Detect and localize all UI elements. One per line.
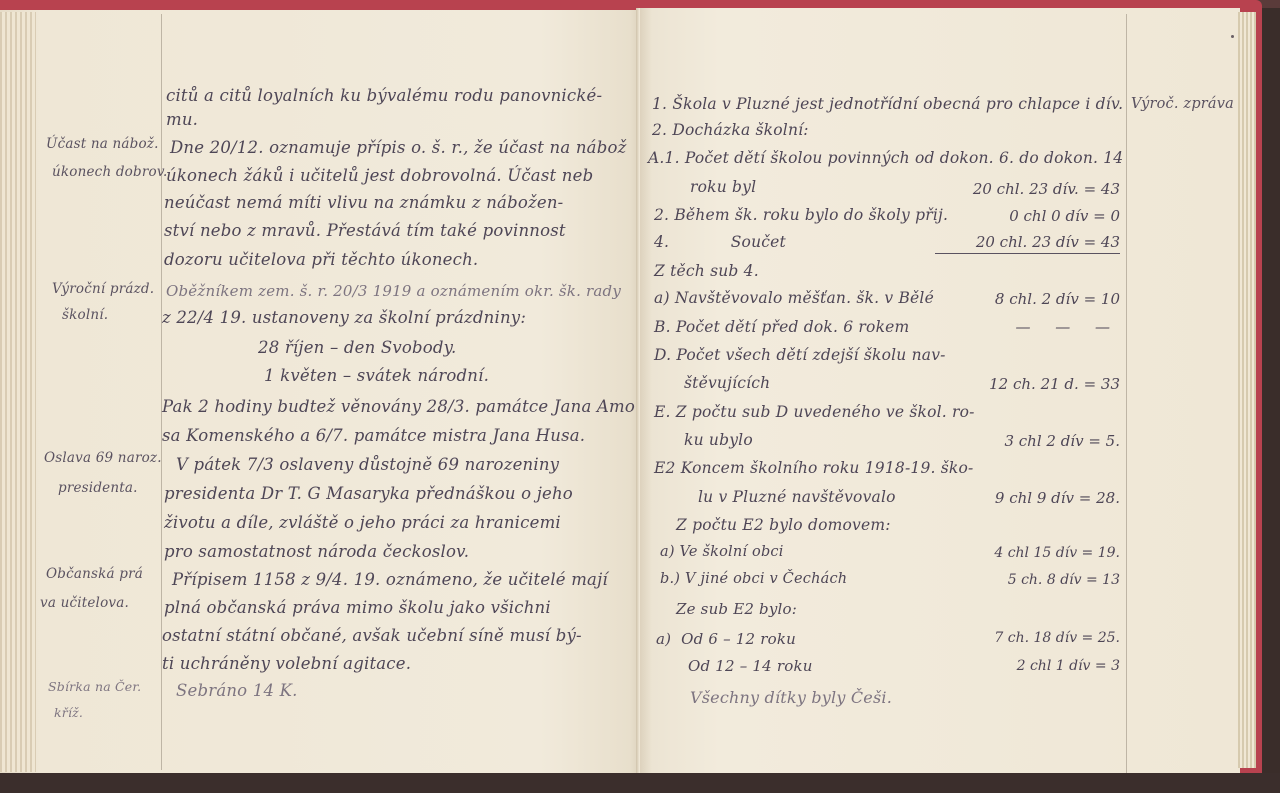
report-row-text: 2. Docházka školní: bbox=[652, 121, 809, 139]
report-row-text: roku byl bbox=[690, 178, 756, 196]
report-row-value: 7 ch. 18 dív = 25. bbox=[994, 630, 1120, 646]
text-line: dozoru učitelova při těchto úkonech. bbox=[164, 250, 478, 269]
sum-underline bbox=[935, 253, 1120, 254]
text-line: Dne 20/12. oznamuje přípis o. š. r., že … bbox=[170, 138, 627, 157]
left-page-edges bbox=[0, 12, 36, 772]
text-line: mu. bbox=[166, 110, 198, 129]
text-line: presidenta Dr T. G Masaryka přednáškou o… bbox=[164, 484, 573, 503]
text-line: Přípisem 1158 z 9/4. 19. oznámeno, že uč… bbox=[172, 570, 608, 589]
report-row-text: Všechny dítky byly Češi. bbox=[690, 688, 892, 707]
text-line: 1 květen – svátek národní. bbox=[264, 366, 489, 385]
text-line: úkonech žáků i učitelů jest dobrovolná. … bbox=[166, 166, 593, 185]
margin-note-5b: kříž. bbox=[54, 705, 83, 720]
report-row-text: ku ubylo bbox=[684, 431, 753, 449]
report-row-value: 4 chl 15 dív = 19. bbox=[994, 545, 1120, 561]
report-row-text: 1. Škola v Pluzné jest jednotřídní obecn… bbox=[652, 95, 1123, 113]
text-line: citů a citů loyalních ku bývalému rodu p… bbox=[166, 86, 602, 105]
text-line: ostatní státní občané, avšak učební síně… bbox=[162, 626, 582, 645]
margin-note-3b: presidenta. bbox=[58, 480, 138, 496]
report-row-text: A.1. Počet dětí školou povinných od doko… bbox=[648, 149, 1123, 167]
margin-note-1a: Účast na nábož. bbox=[46, 136, 159, 152]
text-line: plná občanská práva mimo školu jako všic… bbox=[164, 598, 551, 617]
text-line: V pátek 7/3 oslaveny důstojně 69 narozen… bbox=[176, 455, 559, 474]
report-row-value: 3 chl 2 dív = 5. bbox=[1004, 432, 1120, 450]
report-row-value: 8 chl. 2 dív = 10 bbox=[995, 290, 1120, 308]
report-row-value: 9 chl 9 dív = 28. bbox=[995, 489, 1120, 507]
report-row-text: B. Počet dětí před dok. 6 rokem bbox=[654, 318, 909, 336]
report-row-text: Od 12 – 14 roku bbox=[688, 657, 813, 675]
report-row-text: 4. Součet bbox=[654, 233, 786, 251]
text-line: Oběžníkem zem. š. r. 20/3 1919 a oznámen… bbox=[166, 282, 621, 300]
margin-note-1b: úkonech dobrov. bbox=[52, 164, 168, 180]
text-line: z 22/4 19. ustanoveny za školní prázdnin… bbox=[162, 308, 526, 327]
report-row-text: lu v Pluzné navštěvovalo bbox=[698, 488, 896, 506]
report-row-text: Ze sub E2 bylo: bbox=[676, 600, 797, 618]
report-row-value: 20 chl. 23 dív. = 43 bbox=[973, 180, 1120, 198]
report-row-text: E. Z počtu sub D uvedeného ve škol. ro- bbox=[654, 403, 975, 421]
report-row-text: Z těch sub 4. bbox=[654, 262, 759, 280]
report-row-text: E2 Koncem školního roku 1918-19. ško- bbox=[654, 459, 974, 477]
report-row-value: — — — bbox=[1015, 318, 1120, 336]
report-row-text: b.) V jiné obci v Čechách bbox=[660, 571, 847, 587]
report-row-text: D. Počet všech dětí zdejší školu nav- bbox=[654, 346, 946, 364]
text-line: ti uchráněny volební agitace. bbox=[162, 654, 411, 673]
text-line: sa Komenského a 6/7. památce mistra Jana… bbox=[162, 426, 585, 445]
report-row-value: 12 ch. 21 d. = 33 bbox=[989, 375, 1120, 393]
margin-note-5a: Sbírka na Čer. bbox=[48, 679, 141, 694]
text-line: pro samostatnost národa čeckoslov. bbox=[164, 542, 469, 561]
report-row-text: a) Od 6 – 12 roku bbox=[656, 630, 796, 648]
report-row-text: štěvujících bbox=[684, 374, 770, 392]
text-line: neúčast nemá míti vlivu na známku z nábo… bbox=[164, 193, 563, 212]
report-row-text: Z počtu E2 bylo domovem: bbox=[676, 516, 891, 534]
right-page-edges bbox=[1238, 12, 1256, 768]
report-row-value: 20 chl. 23 dív = 43 bbox=[976, 233, 1120, 251]
text-line: 28 říjen – den Svobody. bbox=[258, 338, 456, 357]
text-line: Sebráno 14 K. bbox=[176, 681, 298, 700]
margin-note-4a: Občanská prá bbox=[46, 566, 143, 582]
margin-note-3a: Oslava 69 naroz. bbox=[44, 450, 162, 466]
margin-note-2b: školní. bbox=[62, 307, 108, 323]
report-row-value: 0 chl 0 dív = 0 bbox=[1009, 207, 1120, 225]
report-row-value: 2 chl 1 dív = 3 bbox=[1017, 658, 1120, 674]
report-row-text: a) Navštěvovalo měšťan. šk. v Bělé bbox=[654, 289, 934, 307]
paper-speck bbox=[1231, 35, 1234, 38]
report-row-text: a) Ve školní obci bbox=[660, 544, 784, 560]
margin-note-4b: va učitelova. bbox=[40, 595, 129, 611]
margin-note-2a: Výroční prázd. bbox=[52, 281, 154, 297]
text-line: ství nebo z mravů. Přestává tím také pov… bbox=[164, 221, 566, 240]
text-line: Pak 2 hodiny budtež věnovány 28/3. památ… bbox=[162, 397, 635, 416]
table-surface-bottom bbox=[0, 773, 1280, 793]
text-line: životu a díle, zvláště o jeho práci za h… bbox=[164, 513, 561, 532]
margin-note-annual-report: Výroč. zpráva bbox=[1131, 96, 1234, 112]
right-margin-rule bbox=[1126, 14, 1127, 774]
report-row-text: 2. Během šk. roku bylo do školy přij. bbox=[654, 206, 948, 224]
report-row-value: 5 ch. 8 dív = 13 bbox=[1008, 572, 1120, 588]
